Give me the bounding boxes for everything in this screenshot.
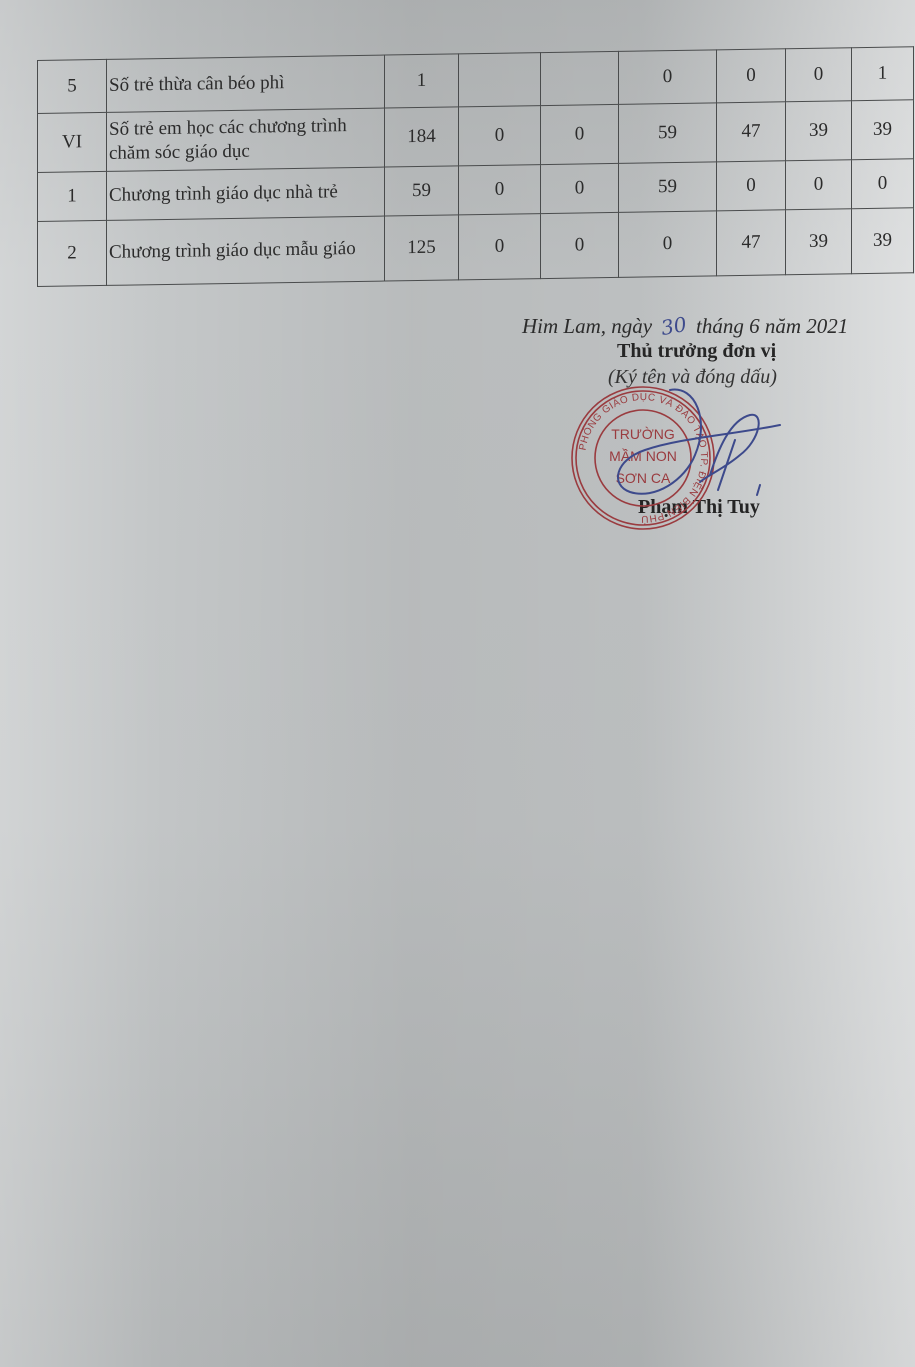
row-label-cell: Số trẻ thừa cân béo phì	[107, 55, 385, 112]
row-total-cell: 1	[385, 54, 459, 108]
row-number-cell: 2	[38, 220, 107, 286]
row-value-cell: 59	[619, 103, 717, 164]
row-value-cell	[459, 53, 541, 107]
row-label-cell: Chương trình giáo dục nhà trẻ	[107, 167, 385, 220]
unit-head-title: Thủ trưởng đơn vị	[617, 340, 776, 363]
row-value-cell: 0	[459, 106, 541, 166]
row-value-cell: 0	[619, 211, 717, 278]
row-value-cell: 0	[786, 160, 852, 210]
row-total-cell: 59	[385, 166, 459, 216]
row-value-cell: 59	[619, 162, 717, 213]
date-line: Him Lam, ngày 30 tháng 6 năm 2021	[522, 314, 848, 339]
table-row: 2Chương trình giáo dục mẫu giáo125000473…	[38, 208, 914, 287]
date-prefix: Him Lam, ngày	[522, 314, 652, 338]
row-value-cell: 0	[717, 49, 786, 103]
row-value-cell	[541, 51, 619, 105]
row-number-cell: 5	[38, 59, 107, 113]
row-value-cell: 0	[852, 159, 914, 209]
row-value-cell: 0	[541, 212, 619, 278]
row-value-cell: 0	[717, 161, 786, 211]
row-value-cell: 0	[786, 48, 852, 102]
row-value-cell: 0	[459, 165, 541, 215]
row-total-cell: 184	[385, 107, 459, 167]
row-value-cell: 47	[717, 210, 786, 276]
row-value-cell: 39	[852, 100, 914, 160]
row-value-cell: 47	[717, 102, 786, 162]
row-label-cell: Chương trình giáo dục mẫu giáo	[107, 216, 385, 285]
statistics-table: 5Số trẻ thừa cân béo phì10001VISố trẻ em…	[37, 46, 914, 287]
row-value-cell: 0	[541, 163, 619, 213]
row-label-cell: Số trẻ em học các chương trình chăm sóc …	[107, 108, 385, 171]
row-value-cell: 39	[852, 208, 914, 274]
row-value-cell: 0	[541, 104, 619, 164]
date-suffix: tháng 6 năm 2021	[696, 314, 848, 338]
row-number-cell: VI	[38, 112, 107, 172]
row-value-cell: 39	[786, 101, 852, 161]
handwritten-day: 30	[659, 312, 688, 340]
handwritten-signature-icon	[600, 380, 800, 510]
row-value-cell: 39	[786, 209, 852, 275]
row-total-cell: 125	[385, 215, 459, 281]
row-value-cell: 0	[619, 50, 717, 105]
row-value-cell: 1	[852, 47, 914, 101]
row-value-cell: 0	[459, 214, 541, 280]
document-page: 5Số trẻ thừa cân béo phì10001VISố trẻ em…	[0, 0, 915, 1367]
row-number-cell: 1	[38, 171, 107, 221]
